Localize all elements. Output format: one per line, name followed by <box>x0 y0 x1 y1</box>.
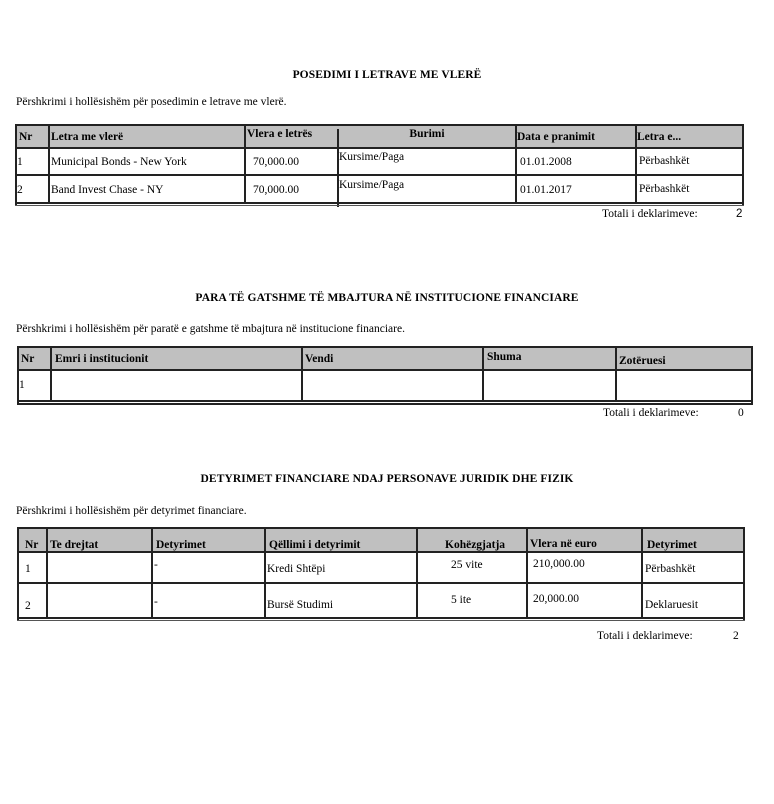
cell-type: Përbashkët <box>639 176 744 202</box>
cash-table: Nr Emri i institucionit Vendi Shuma Zotë… <box>17 346 753 403</box>
col-header-rights: Te drejtat <box>50 529 150 551</box>
liabilities-description: Përshkrimi i hollësishëm për detyrimet f… <box>16 505 247 517</box>
cell-institution <box>55 371 300 400</box>
table-header: Nr Emri i institucionit Vendi Shuma Zotë… <box>19 348 751 371</box>
liabilities-total-value: 2 <box>733 630 739 642</box>
col-header-security: Letra me vlerë <box>51 126 246 147</box>
col-header-obligations: Detyrimet <box>156 529 266 551</box>
cell-rights <box>50 584 150 617</box>
liabilities-table: Nr Te drejtat Detyrimet Qëllimi i detyri… <box>17 527 745 620</box>
cell-amount <box>487 371 617 400</box>
cell-security: Band Invest Chase - NY <box>51 176 246 202</box>
cell-value: 70,000.00 <box>253 176 339 202</box>
col-header-source: Burimi <box>339 126 515 147</box>
cash-total-value: 0 <box>738 407 744 419</box>
col-header-type: Letra e... <box>637 126 742 147</box>
col-header-value: Vlera në euro <box>530 529 640 551</box>
col-header-value: Vlera e letrës <box>247 126 337 147</box>
col-header-country: Vendi <box>305 348 481 369</box>
col-header-amount: Shuma <box>487 348 617 369</box>
col-header-nr: Nr <box>21 348 51 369</box>
col-header-owner: Zotëruesi <box>619 348 749 369</box>
table-header: Nr Letra me vlerë Vlera e letrës Burimi … <box>17 126 742 149</box>
cell-value: 210,000.00 <box>533 553 643 582</box>
col-header-duration: Kohëzgjatja <box>445 529 535 551</box>
cell-nr: 1 <box>19 371 49 400</box>
cash-total-label: Totali i deklarimeve: <box>603 407 699 419</box>
col-header-nr: Nr <box>25 529 47 551</box>
cell-owner <box>619 371 749 400</box>
cell-purpose: Kredi Shtëpi <box>267 553 412 582</box>
cell-nr: 1 <box>25 553 47 582</box>
cell-duration: 25 vite <box>451 553 531 582</box>
col-header-nr: Nr <box>19 126 49 147</box>
col-header-purpose: Qëllimi i detyrimit <box>269 529 414 551</box>
table-row: 2 - Bursë Studimi 5 ite 20,000.00 Deklar… <box>19 584 743 619</box>
cell-date: 01.01.2008 <box>520 149 638 174</box>
cash-title: PARA TË GATSHME TË MBAJTURA NË INSTITUCI… <box>0 292 774 304</box>
table-row: 1 - Kredi Shtëpi 25 vite 210,000.00 Përb… <box>19 553 743 584</box>
col-header-institution: Emri i institucionit <box>55 348 300 369</box>
cell-purpose: Bursë Studimi <box>267 584 412 617</box>
cell-nr: 1 <box>17 149 47 174</box>
col-header-liability-type: Detyrimet <box>647 529 742 551</box>
cell-value: 20,000.00 <box>533 584 643 617</box>
cell-rights <box>50 553 150 582</box>
securities-total-label: Totali i deklarimeve: <box>602 208 698 220</box>
cell-obligations: - <box>154 584 264 617</box>
table-row: 1 <box>19 371 751 402</box>
table-row: 2 Band Invest Chase - NY 70,000.00 Kursi… <box>17 176 742 204</box>
cell-obligations: - <box>154 553 264 582</box>
liabilities-total-label: Totali i deklarimeve: <box>597 630 693 642</box>
cash-description: Përshkrimi i hollësishëm për paratë e ga… <box>16 323 405 335</box>
securities-description: Përshkrimi i hollësishëm për posedimin e… <box>16 96 287 108</box>
securities-total-value: 2 <box>736 208 742 220</box>
securities-title: POSEDIMI I LETRAVE ME VLERË <box>0 69 774 81</box>
cell-nr: 2 <box>25 584 47 617</box>
cell-duration: 5 ite <box>451 584 531 617</box>
cell-security: Municipal Bonds - New York <box>51 149 246 174</box>
cell-nr: 2 <box>17 176 47 202</box>
cell-country <box>305 371 481 400</box>
cell-type: Përbashkët <box>639 149 744 174</box>
table-row: 1 Municipal Bonds - New York 70,000.00 K… <box>17 149 742 176</box>
cell-value: 70,000.00 <box>253 149 339 174</box>
col-header-date: Data e pranimit <box>517 126 635 147</box>
cell-source: Kursime/Paga <box>339 176 515 202</box>
cell-source: Kursime/Paga <box>339 149 515 174</box>
cell-liability-type: Përbashkët <box>645 553 745 582</box>
cell-liability-type: Deklaruesit <box>645 584 745 617</box>
securities-table: Nr Letra me vlerë Vlera e letrës Burimi … <box>15 124 744 205</box>
cell-date: 01.01.2017 <box>520 176 638 202</box>
table-header: Nr Te drejtat Detyrimet Qëllimi i detyri… <box>19 529 743 553</box>
liabilities-title: DETYRIMET FINANCIARE NDAJ PERSONAVE JURI… <box>0 473 774 485</box>
